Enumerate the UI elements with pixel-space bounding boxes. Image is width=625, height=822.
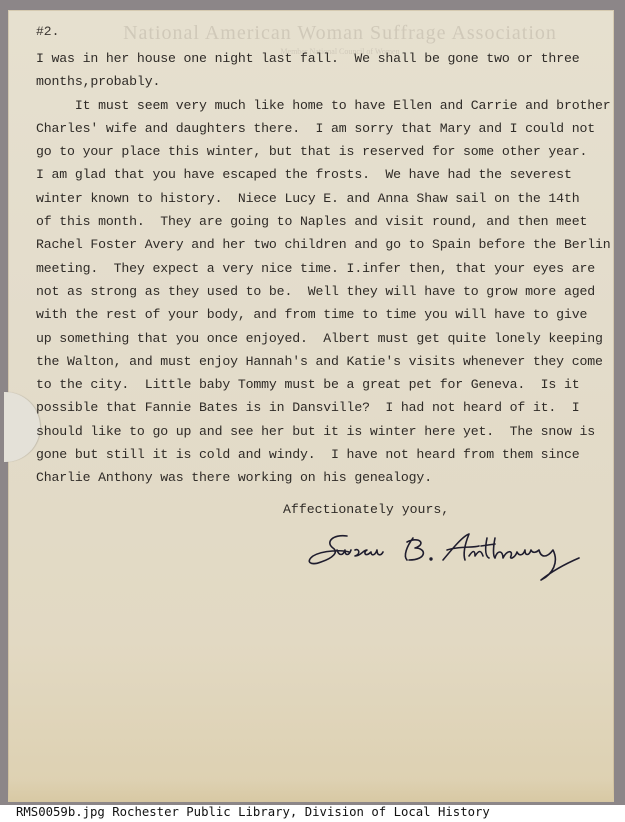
text-line: possible that Fannie Bates is in Dansvil…	[36, 396, 596, 419]
text-line: months,probably.	[36, 70, 596, 93]
text-line: the Walton, and must enjoy Hannah's and …	[36, 350, 596, 373]
paper-bottom-edge	[8, 780, 614, 802]
text-line: with the rest of your body, and from tim…	[36, 303, 596, 326]
text-line: I am glad that you have escaped the fros…	[36, 163, 596, 186]
text-line: Rachel Foster Avery and her two children…	[36, 233, 596, 256]
text-line: gone but still it is cold and windy. I h…	[36, 443, 596, 466]
letterhead-title: National American Woman Suffrage Associa…	[120, 22, 560, 45]
page-number: #2.	[36, 24, 59, 39]
text-line: not as strong as they used to be. Well t…	[36, 280, 596, 303]
text-line: Charlie Anthony was there working on his…	[36, 466, 596, 489]
punch-hole	[4, 392, 40, 462]
text-line: winter known to history. Niece Lucy E. a…	[36, 187, 596, 210]
image-caption: RMS0059b.jpg Rochester Public Library, D…	[16, 805, 490, 819]
signature-handwritten	[303, 528, 603, 588]
text-line: Charles' wife and daughters there. I am …	[36, 117, 596, 140]
text-line: up something that you once enjoyed. Albe…	[36, 327, 596, 350]
closing-salutation: Affectionately yours,	[283, 502, 449, 517]
text-line: should like to go up and see her but it …	[36, 420, 596, 443]
text-line: of this month. They are going to Naples …	[36, 210, 596, 233]
text-line: It must seem very much like home to have…	[36, 94, 596, 117]
text-line: to the city. Little baby Tommy must be a…	[36, 373, 596, 396]
letter-body: I was in her house one night last fall. …	[36, 47, 596, 490]
text-line: go to your place this winter, but that i…	[36, 140, 596, 163]
text-line: I was in her house one night last fall. …	[36, 47, 596, 70]
text-line: meeting. They expect a very nice time. I…	[36, 257, 596, 280]
